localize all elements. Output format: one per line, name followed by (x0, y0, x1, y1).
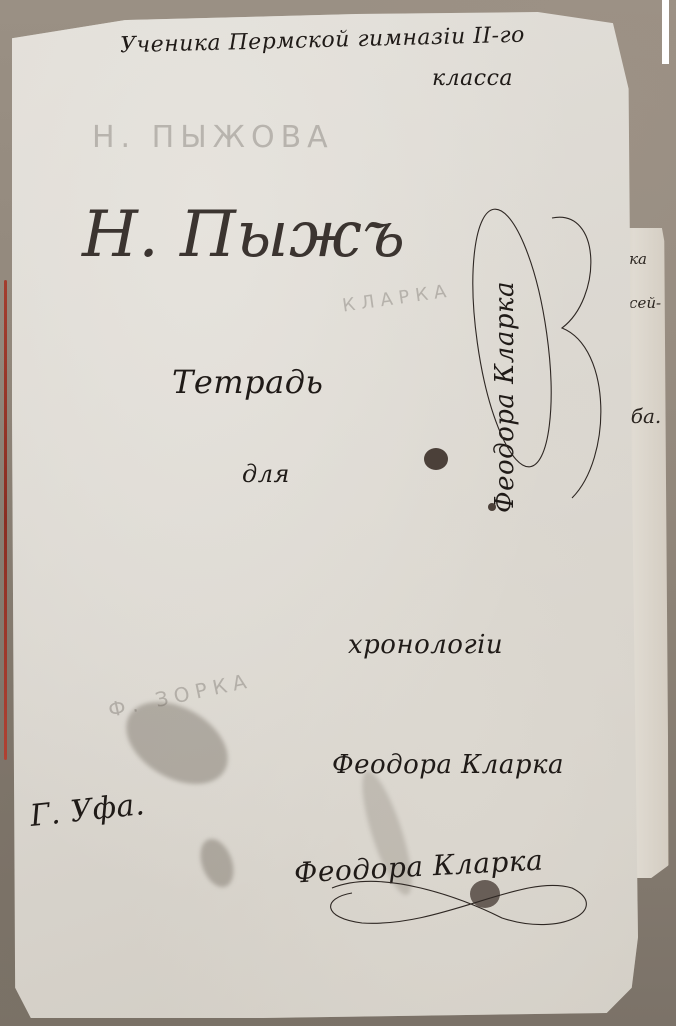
signature-flourish (462, 178, 612, 518)
header-class: класса (432, 66, 513, 91)
owner-name: Н. Пыжъ (82, 198, 405, 272)
white-marker (662, 0, 669, 64)
author-line: Феодора Кларка (332, 750, 564, 780)
header-line: Ученика Пермской гимназіи II-го (120, 23, 525, 59)
signature-flourish (322, 868, 622, 948)
ink-blot (424, 448, 448, 470)
water-stain (194, 834, 239, 891)
binding-thread (4, 280, 7, 760)
subject: хронологіи (348, 630, 503, 660)
bleed-through-text: КЛАРКА (341, 280, 453, 316)
bleed-through-text: Н. ПЫЖОВА (92, 120, 334, 155)
notebook-title: Тетрадь (172, 363, 323, 401)
place: Г. Уфа. (28, 787, 146, 834)
notebook-title-for: для (242, 460, 290, 488)
notebook-cover: Н. ПЫЖОВА КЛАРКА Ф. ЗОРКА Ученика Пермск… (12, 8, 638, 1018)
